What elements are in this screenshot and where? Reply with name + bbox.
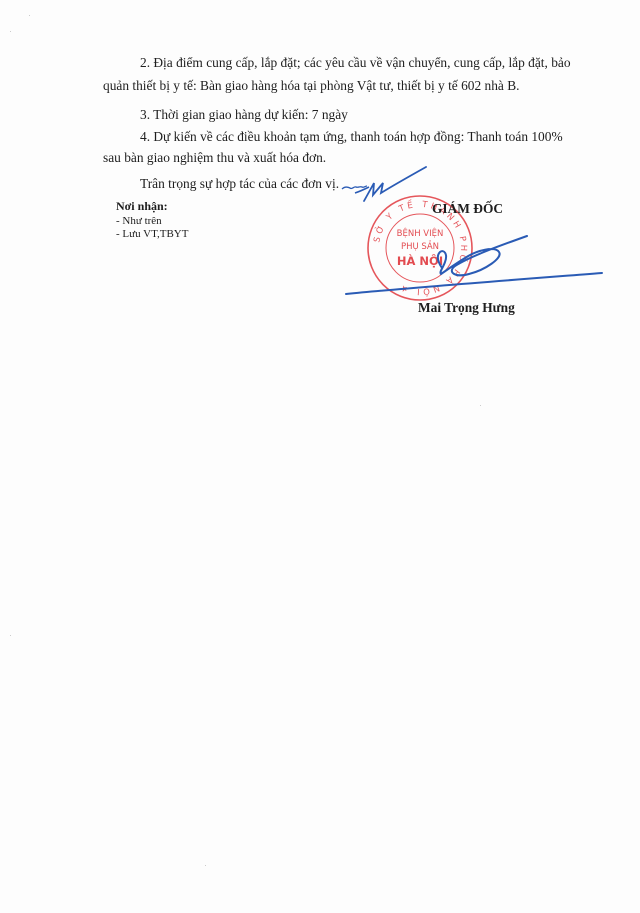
scan-speck xyxy=(10,31,11,32)
paragraph-item4-line2: sau bàn giao nghiệm thu và xuất hóa đơn. xyxy=(103,150,326,166)
paragraph-item2-line1: 2. Địa điểm cung cấp, lắp đặt; các yêu c… xyxy=(140,55,571,71)
recipients-title: Nơi nhận: xyxy=(116,200,188,214)
scan-speck xyxy=(205,865,206,866)
stamp-line2: PHỤ SẢN xyxy=(401,240,439,252)
stamp-line3: HÀ NỘI xyxy=(397,253,443,268)
closing-line: Trân trọng sự hợp tác của các đơn vị. xyxy=(140,176,339,192)
recipient-item: - Như trên xyxy=(116,215,188,229)
scan-speck xyxy=(10,635,11,636)
scan-speck xyxy=(480,405,481,406)
paragraph-item3: 3. Thời gian giao hàng dự kiến: 7 ngày xyxy=(140,107,348,123)
paragraph-item4-line1: 4. Dự kiến về các điều khoản tạm ứng, th… xyxy=(140,129,563,145)
recipients-block: Nơi nhận: - Như trên - Lưu VT,TBYT xyxy=(116,200,188,242)
paragraph-item2-line2: quản thiết bị y tế: Bàn giao hàng hóa tạ… xyxy=(103,78,519,94)
stamp-line1: BỆNH VIỆN xyxy=(397,227,444,239)
signature-title: GIÁM ĐỐC xyxy=(432,201,503,217)
signatory-name: Mai Trọng Hưng xyxy=(418,300,515,316)
recipient-item: - Lưu VT,TBYT xyxy=(116,228,188,242)
scan-speck xyxy=(29,15,30,16)
